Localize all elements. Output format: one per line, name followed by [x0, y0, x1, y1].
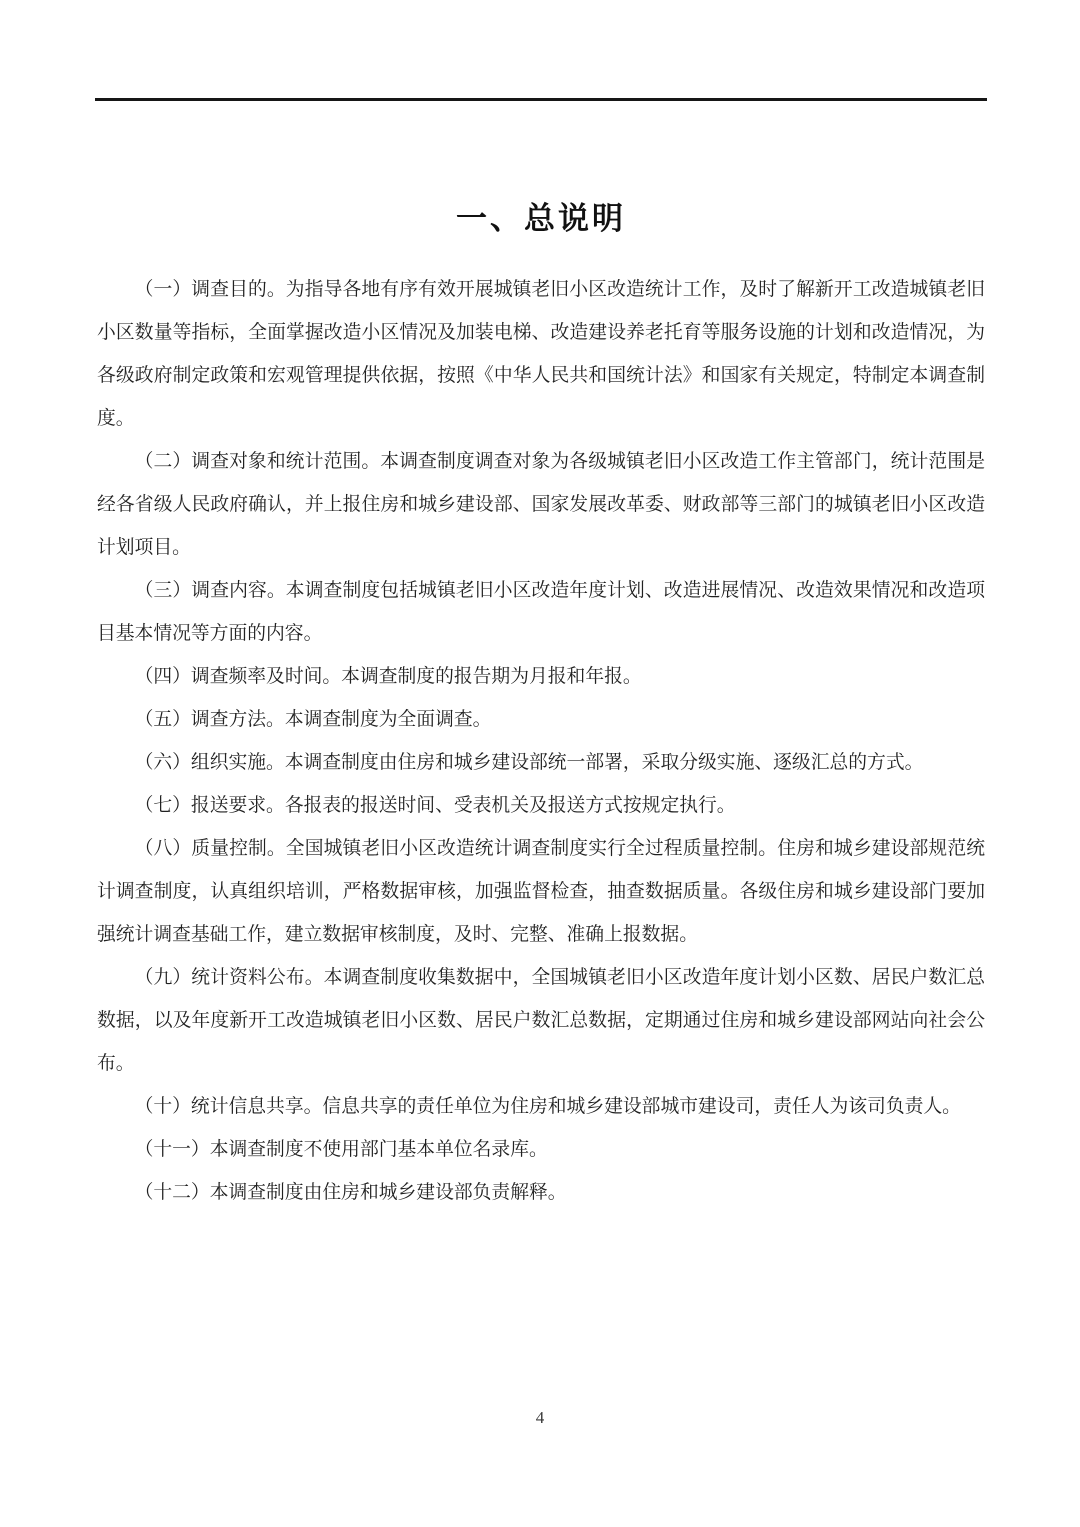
paragraph: （一）调查目的。为指导各地有序有效开展城镇老旧小区改造统计工作，及时了解新开工改…: [97, 268, 985, 440]
paragraph: （九）统计资料公布。本调查制度收集数据中，全国城镇老旧小区改造年度计划小区数、居…: [97, 956, 985, 1085]
page-title: 一、总说明: [95, 193, 987, 238]
paragraph: （七）报送要求。各报表的报送时间、受表机关及报送方式按规定执行。: [97, 784, 985, 827]
paragraph: （五）调查方法。本调查制度为全面调查。: [97, 698, 985, 741]
header-rule: [95, 98, 987, 101]
paragraph: （四）调查频率及时间。本调查制度的报告期为月报和年报。: [97, 655, 985, 698]
paragraph: （十二）本调查制度由住房和城乡建设部负责解释。: [97, 1171, 985, 1214]
document-body: （一）调查目的。为指导各地有序有效开展城镇老旧小区改造统计工作，及时了解新开工改…: [97, 268, 985, 1214]
paragraph: （三）调查内容。本调查制度包括城镇老旧小区改造年度计划、改造进展情况、改造效果情…: [97, 569, 985, 655]
paragraph: （十）统计信息共享。信息共享的责任单位为住房和城乡建设部城市建设司，责任人为该司…: [97, 1085, 985, 1128]
paragraph: （六）组织实施。本调查制度由住房和城乡建设部统一部署，采取分级实施、逐级汇总的方…: [97, 741, 985, 784]
document-page: 一、总说明 （一）调查目的。为指导各地有序有效开展城镇老旧小区改造统计工作，及时…: [0, 0, 1080, 1527]
paragraph: （八）质量控制。全国城镇老旧小区改造统计调查制度实行全过程质量控制。住房和城乡建…: [97, 827, 985, 956]
paragraph: （十一）本调查制度不使用部门基本单位名录库。: [97, 1128, 985, 1171]
page-number: 4: [0, 1408, 1080, 1428]
paragraph: （二）调查对象和统计范围。本调查制度调查对象为各级城镇老旧小区改造工作主管部门，…: [97, 440, 985, 569]
